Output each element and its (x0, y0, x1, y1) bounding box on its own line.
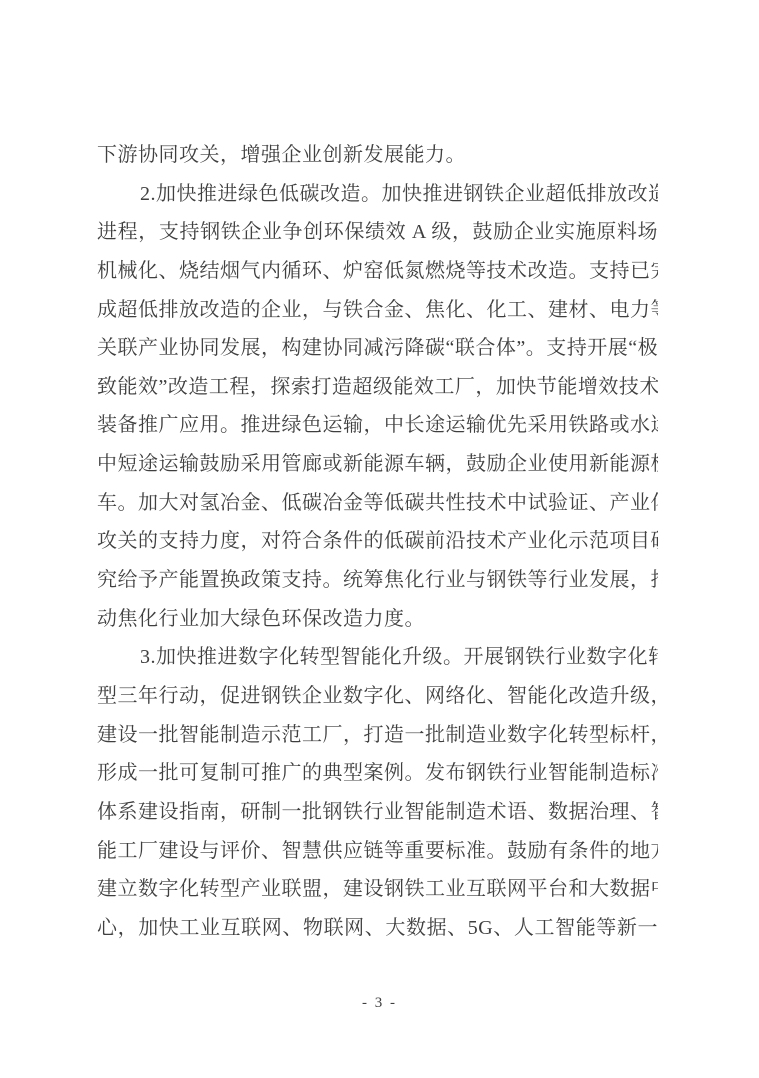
text-line: 动焦化行业加大绿色环保改造力度。 (97, 600, 658, 639)
text-line: 建立数字化转型产业联盟，建设钢铁工业互联网平台和大数据中 (97, 870, 658, 909)
text-line-paragraph-3-start: 3.加快推进数字化转型智能化升级。开展钢铁行业数字化转 (97, 638, 658, 677)
text-line: 成超低排放改造的企业，与铁合金、焦化、化工、建材、电力等 (97, 291, 658, 330)
text-line: 体系建设指南，研制一批钢铁行业智能制造术语、数据治理、智 (97, 793, 658, 832)
text-line: 形成一批可复制可推广的典型案例。发布钢铁行业智能制造标准 (97, 754, 658, 793)
text-line: 致能效”改造工程，探索打造超级能效工厂，加快节能增效技术 (97, 368, 658, 407)
text-line: 能工厂建设与评价、智慧供应链等重要标准。鼓励有条件的地方 (97, 832, 658, 871)
document-body: 下游协同攻关，增强企业创新发展能力。 2.加快推进绿色低碳改造。加快推进钢铁企业… (97, 136, 658, 947)
text-line: 攻关的支持力度，对符合条件的低碳前沿技术产业化示范项目研 (97, 522, 658, 561)
document-page: 下游协同攻关，增强企业创新发展能力。 2.加快推进绿色低碳改造。加快推进钢铁企业… (0, 0, 759, 1078)
text-line: 心，加快工业互联网、物联网、大数据、5G、人工智能等新一 (97, 909, 658, 948)
text-line: 中短途运输鼓励采用管廊或新能源车辆，鼓励企业使用新能源机 (97, 445, 658, 484)
text-line: 建设一批智能制造示范工厂，打造一批制造业数字化转型标杆， (97, 716, 658, 755)
page-number: - 3 - (0, 995, 759, 1012)
text-line: 下游协同攻关，增强企业创新发展能力。 (97, 136, 658, 175)
text-line: 型三年行动，促进钢铁企业数字化、网络化、智能化改造升级， (97, 677, 658, 716)
text-line: 究给予产能置换政策支持。统筹焦化行业与钢铁等行业发展，推 (97, 561, 658, 600)
text-line: 车。加大对氢冶金、低碳冶金等低碳共性技术中试验证、产业化 (97, 484, 658, 523)
text-line: 进程，支持钢铁企业争创环保绩效 A 级，鼓励企业实施原料场 (97, 213, 658, 252)
text-line: 机械化、烧结烟气内循环、炉窑低氮燃烧等技术改造。支持已完 (97, 252, 658, 291)
text-line-paragraph-2-start: 2.加快推进绿色低碳改造。加快推进钢铁企业超低排放改造 (97, 175, 658, 214)
text-line: 关联产业协同发展，构建协同减污降碳“联合体”。支持开展“极 (97, 329, 658, 368)
text-line: 装备推广应用。推进绿色运输，中长途运输优先采用铁路或水运， (97, 406, 658, 445)
